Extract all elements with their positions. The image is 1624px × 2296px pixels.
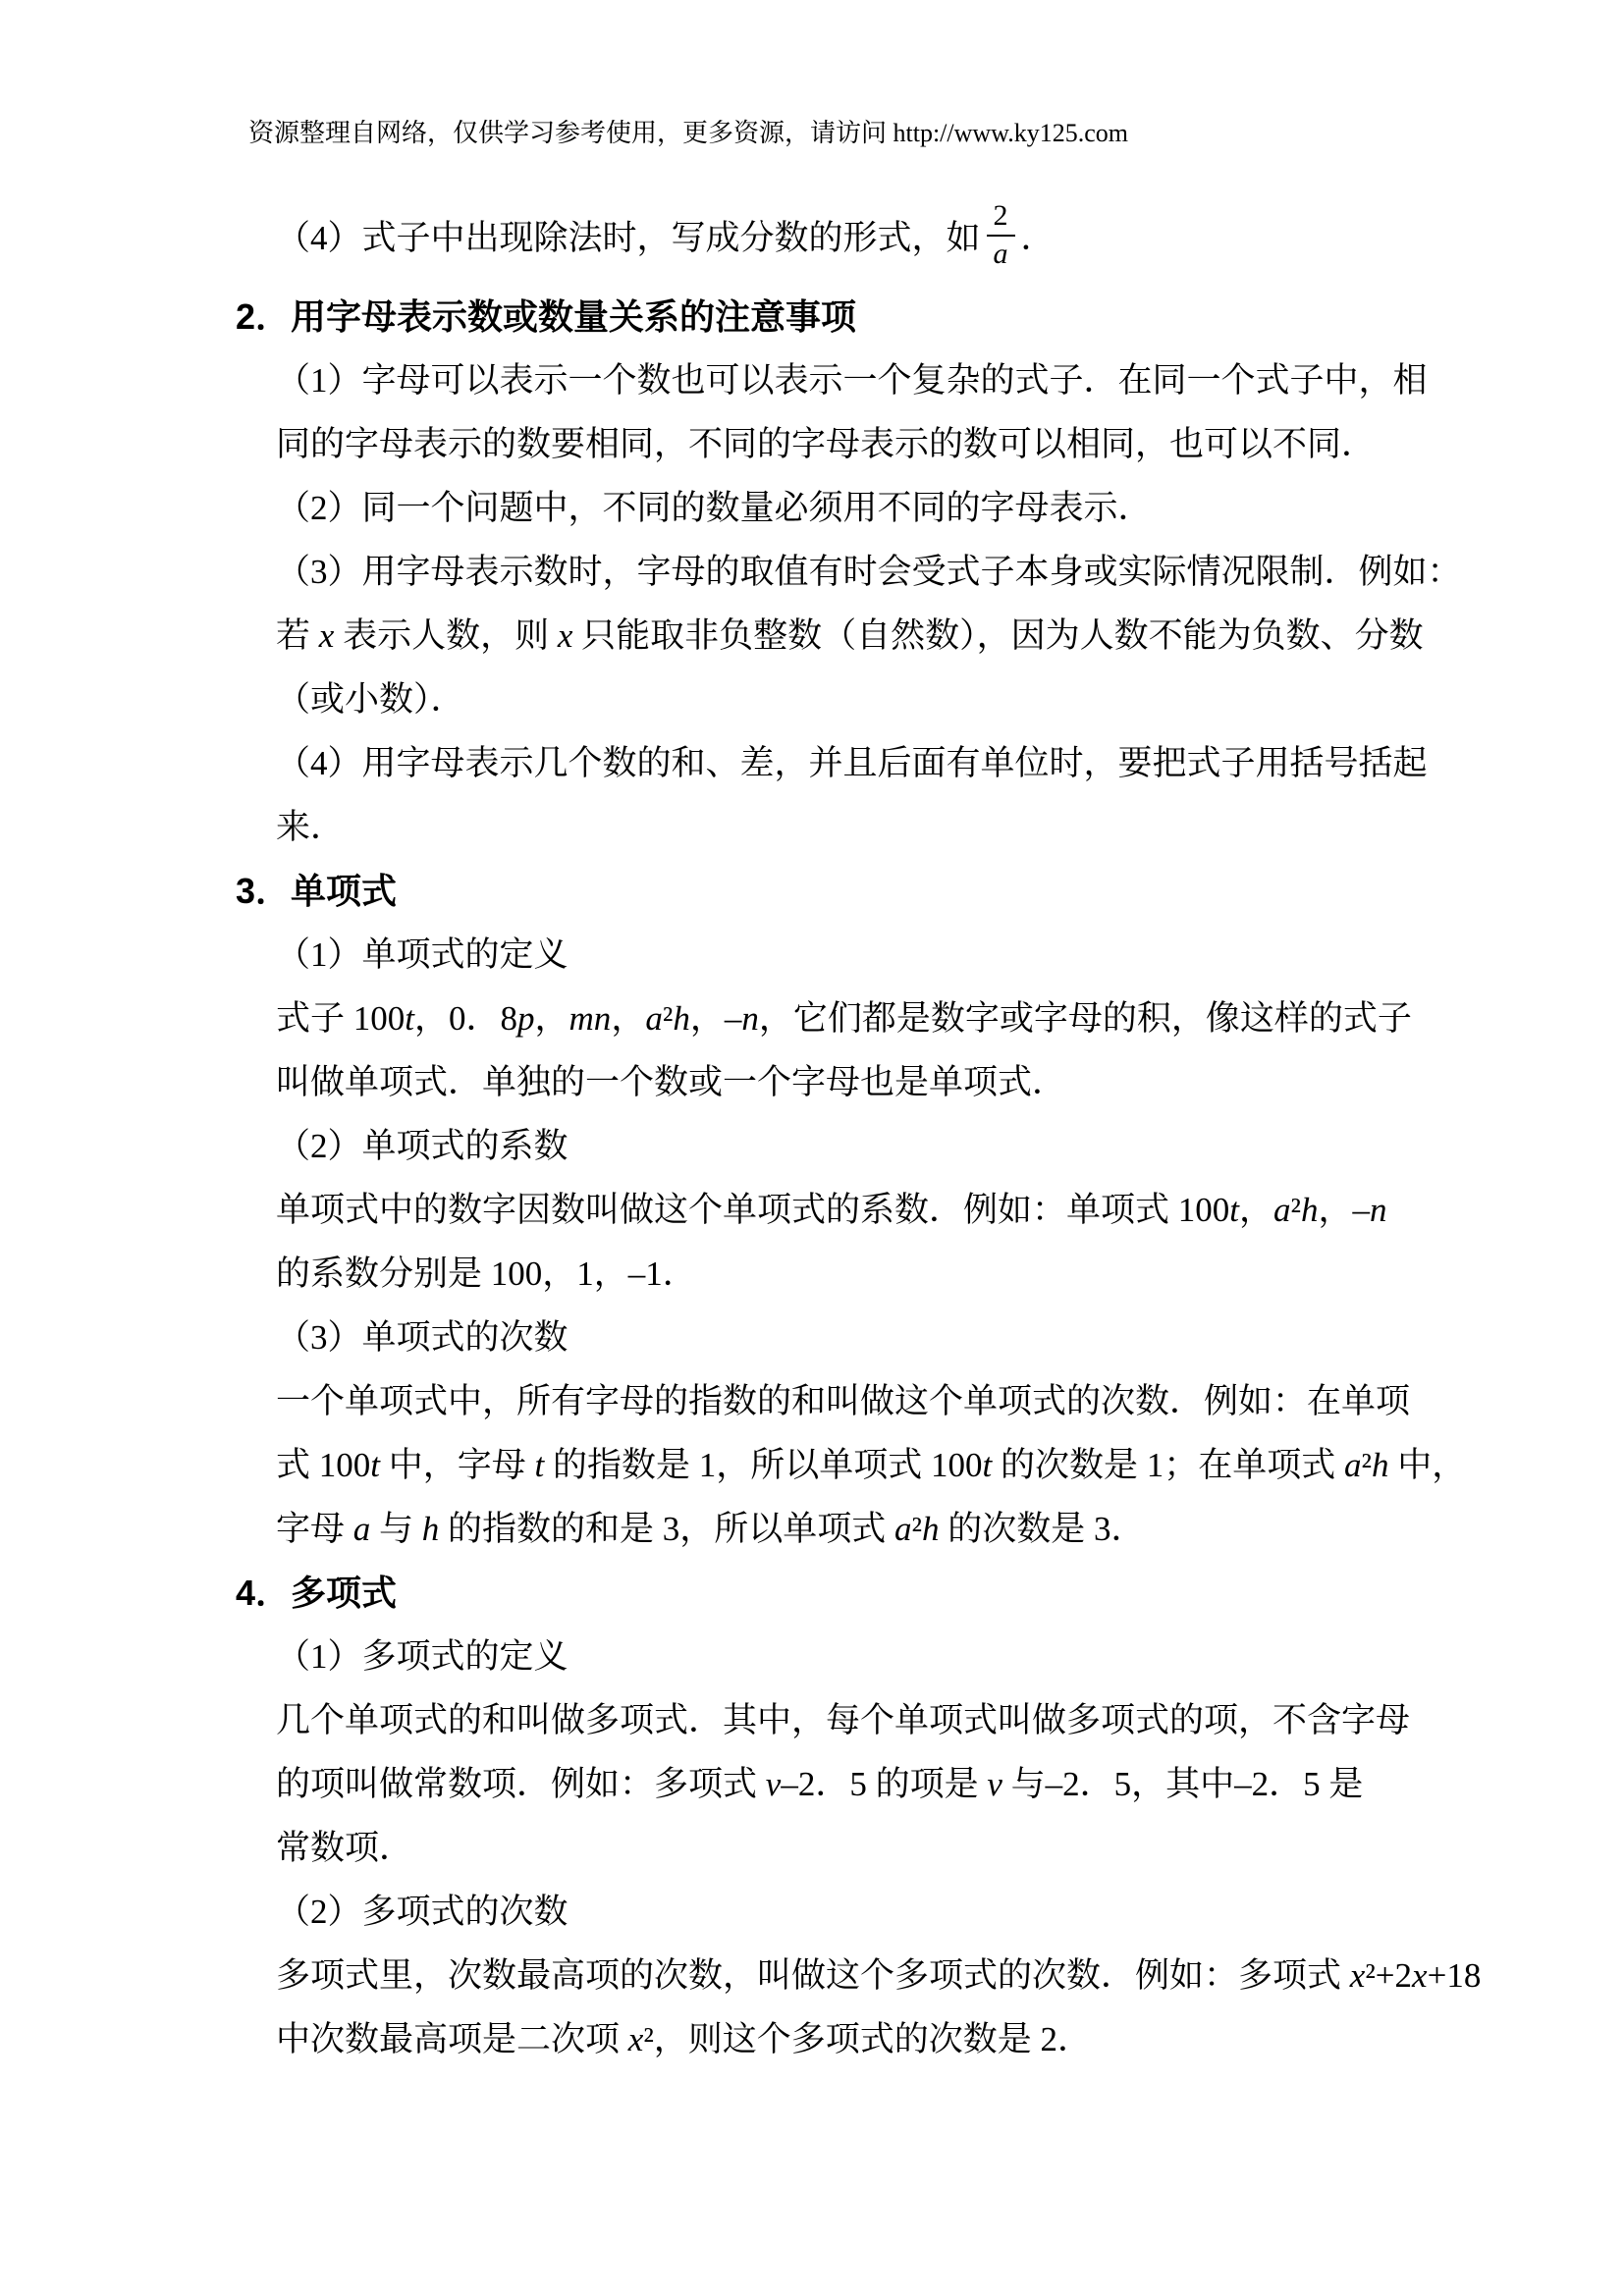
paragraph-line: 字母 a 与 h 的指数的和是 3，所以单项式 a²h 的次数是 3．: [236, 1497, 1473, 1561]
paragraph-line: 来．: [236, 795, 1473, 859]
paragraph-line: 一个单项式中，所有字母的指数的和叫做这个单项式的次数．例如：在单项: [236, 1369, 1473, 1433]
document-body: （4）式子中出现除法时，写成分数的形式，如 2 a ． 2．用字母表示数或数量关…: [236, 187, 1473, 2071]
page-header-note: 资源整理自网络，仅供学习参考使用，更多资源，请访问 http://www.ky1…: [248, 116, 1128, 151]
paragraph-line: （1）单项式的定义: [236, 923, 1473, 987]
paragraph-line: （4）用字母表示几个数的和、差，并且后面有单位时，要把式子用括号括起: [236, 731, 1473, 795]
document-page: 资源整理自网络，仅供学习参考使用，更多资源，请访问 http://www.ky1…: [0, 0, 1624, 2296]
paragraph-line: 的项叫做常数项．例如：多项式 v–2．5 的项是 v 与–2．5，其中–2．5 …: [236, 1752, 1473, 1816]
fraction-numerator: 2: [987, 199, 1015, 237]
paragraph-line: （2）单项式的系数: [236, 1114, 1473, 1178]
paragraph-line: 几个单项式的和叫做多项式．其中，每个单项式叫做多项式的项，不含字母: [236, 1688, 1473, 1752]
paragraph-line: （2）同一个问题中，不同的数量必须用不同的字母表示．: [236, 476, 1473, 540]
paragraph-line: （3）用字母表示数时，字母的取值有时会受式子本身或实际情况限制．例如：: [236, 540, 1473, 604]
paragraph-line: 的系数分别是 100，1，–1．: [236, 1242, 1473, 1306]
paragraph-line: 多项式里，次数最高项的次数，叫做这个多项式的次数．例如：多项式 x²+2x+18: [236, 1944, 1473, 2007]
paragraph-line: 若 x 表示人数，则 x 只能取非负整数（自然数），因为人数不能为负数、分数: [236, 604, 1473, 667]
section-heading-3: 3．单项式: [236, 859, 1473, 923]
fraction-line-prefix: （4）式子中出现除法时，写成分数的形式，如: [276, 211, 981, 260]
paragraph-line: 中次数最高项是二次项 x²，则这个多项式的次数是 2．: [236, 2007, 1473, 2071]
section-heading-2: 2．用字母表示数或数量关系的注意事项: [236, 285, 1473, 348]
paragraph-line: 式 100t 中，字母 t 的指数是 1，所以单项式 100t 的次数是 1；在…: [236, 1433, 1473, 1497]
paragraph-line: （或小数）．: [236, 667, 1473, 731]
paragraph-line: 叫做单项式．单独的一个数或一个字母也是单项式．: [236, 1050, 1473, 1114]
paragraph-line: （3）单项式的次数: [236, 1306, 1473, 1369]
paragraph-line: 式子 100t，0．8p，mn，a²h，–n，它们都是数字或字母的积，像这样的式…: [236, 987, 1473, 1050]
fraction-line-suffix: ．: [1021, 211, 1056, 260]
fraction-denominator: a: [987, 237, 1015, 272]
paragraph-line: 单项式中的数字因数叫做这个单项式的系数．例如：单项式 100t，a²h，–n: [236, 1178, 1473, 1242]
paragraph-line-fraction: （4）式子中出现除法时，写成分数的形式，如 2 a ．: [236, 187, 1473, 285]
fraction-2-over-a: 2 a: [987, 199, 1015, 272]
paragraph-line: （1）字母可以表示一个数也可以表示一个复杂的式子．在同一个式子中，相: [236, 348, 1473, 412]
paragraph-line: 同的字母表示的数要相同，不同的字母表示的数可以相同，也可以不同．: [236, 412, 1473, 476]
paragraph-line: 常数项．: [236, 1816, 1473, 1880]
paragraph-line: （2）多项式的次数: [236, 1880, 1473, 1944]
section-heading-4: 4．多项式: [236, 1561, 1473, 1625]
paragraph-line: （1）多项式的定义: [236, 1625, 1473, 1688]
